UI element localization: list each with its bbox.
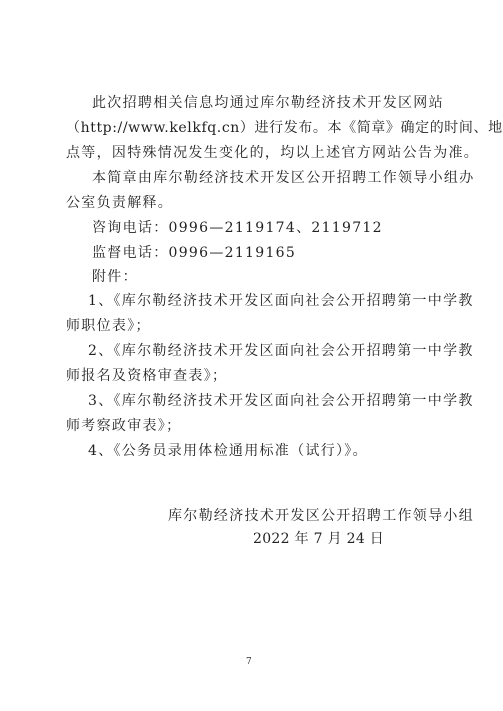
- attachment-1-line-2: 师职位表》；: [66, 317, 151, 335]
- attachment-3-line-1: 3、《库尔勒经济技术开发区面向社会公开招聘第一中学教: [88, 392, 474, 410]
- supervise-phone: 监督电话：0996—2119165: [92, 244, 296, 262]
- paragraph-2-line-2: 公室负责解释。: [66, 194, 173, 212]
- attachments-heading: 附件：: [92, 268, 138, 286]
- paragraph-1-line-2: （http://www.kelkfq.cn）进行发布。本《简章》确定的时间、地: [66, 119, 503, 137]
- attachment-4-line-1: 4、《公务员录用体检通用标准（试行）》。: [88, 442, 368, 460]
- consult-phone: 咨询电话：0996—2119174、2119712: [92, 219, 383, 237]
- paragraph-2-line-1: 本简章由库尔勒经济技术开发区公开招聘工作领导小组办: [92, 169, 475, 187]
- attachment-1-line-1: 1、《库尔勒经济技术开发区面向社会公开招聘第一中学教: [88, 292, 474, 310]
- paragraph-1-line-3: 点等，因特殊情况发生变化的，均以上述官方网站公告为准。: [66, 144, 479, 162]
- attachment-3-line-2: 师考察政审表》；: [66, 417, 181, 435]
- paragraph-1-line-1: 此次招聘相关信息均通过库尔勒经济技术开发区网站: [92, 94, 444, 112]
- page-number: 7: [246, 657, 252, 667]
- signature-date: 2022 年 7 月 24 日: [253, 530, 384, 548]
- attachment-2-line-2: 师报名及资格审查表》；: [66, 367, 227, 385]
- signature-organization: 库尔勒经济技术开发区公开招聘工作领导小组: [168, 507, 474, 525]
- attachment-2-line-1: 2、《库尔勒经济技术开发区面向社会公开招聘第一中学教: [88, 342, 474, 360]
